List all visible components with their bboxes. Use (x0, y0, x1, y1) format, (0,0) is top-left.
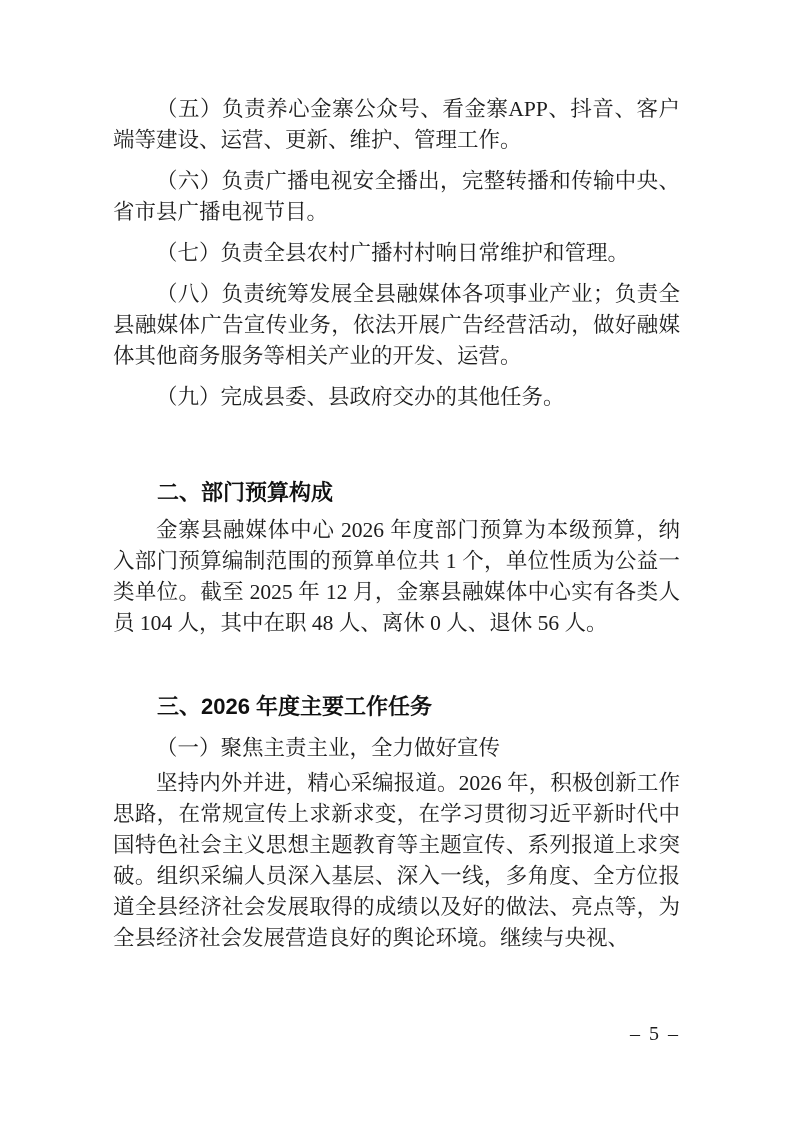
document-content: （五）负责养心金寨公众号、看金寨APP、抖音、客户端等建设、运营、更新、维护、管… (0, 0, 793, 954)
main-tasks-paragraph: 坚持内外并进，精心采编报道。2026 年，积极创新工作思路，在常规宣传上求新求变… (113, 768, 680, 954)
section-heading-budget-composition: 二、部门预算构成 (113, 475, 680, 511)
section-heading-main-tasks: 三、2026 年度主要工作任务 (113, 689, 680, 725)
duty-item-5: （五）负责养心金寨公众号、看金寨APP、抖音、客户端等建设、运营、更新、维护、管… (113, 94, 680, 156)
duty-item-7: （七）负责全县农村广播村村响日常维护和管理。 (113, 238, 680, 269)
duty-item-6: （六）负责广播电视安全播出，完整转播和传输中央、省市县广播电视节目。 (113, 166, 680, 228)
duty-item-9: （九）完成县委、县政府交办的其他任务。 (113, 382, 680, 413)
subsection-heading-publicity: （一）聚焦主责主业，全力做好宣传 (113, 733, 680, 764)
duty-item-8: （八）负责统筹发展全县融媒体各项事业产业；负责全县融媒体广告宣传业务，依法开展广… (113, 279, 680, 372)
page-number: – 5 – (630, 1022, 680, 1046)
budget-composition-paragraph: 金寨县融媒体中心 2026 年度部门预算为本级预算，纳入部门预算编制范围的预算单… (113, 515, 680, 639)
document-page: （五）负责养心金寨公众号、看金寨APP、抖音、客户端等建设、运营、更新、维护、管… (0, 0, 793, 1122)
